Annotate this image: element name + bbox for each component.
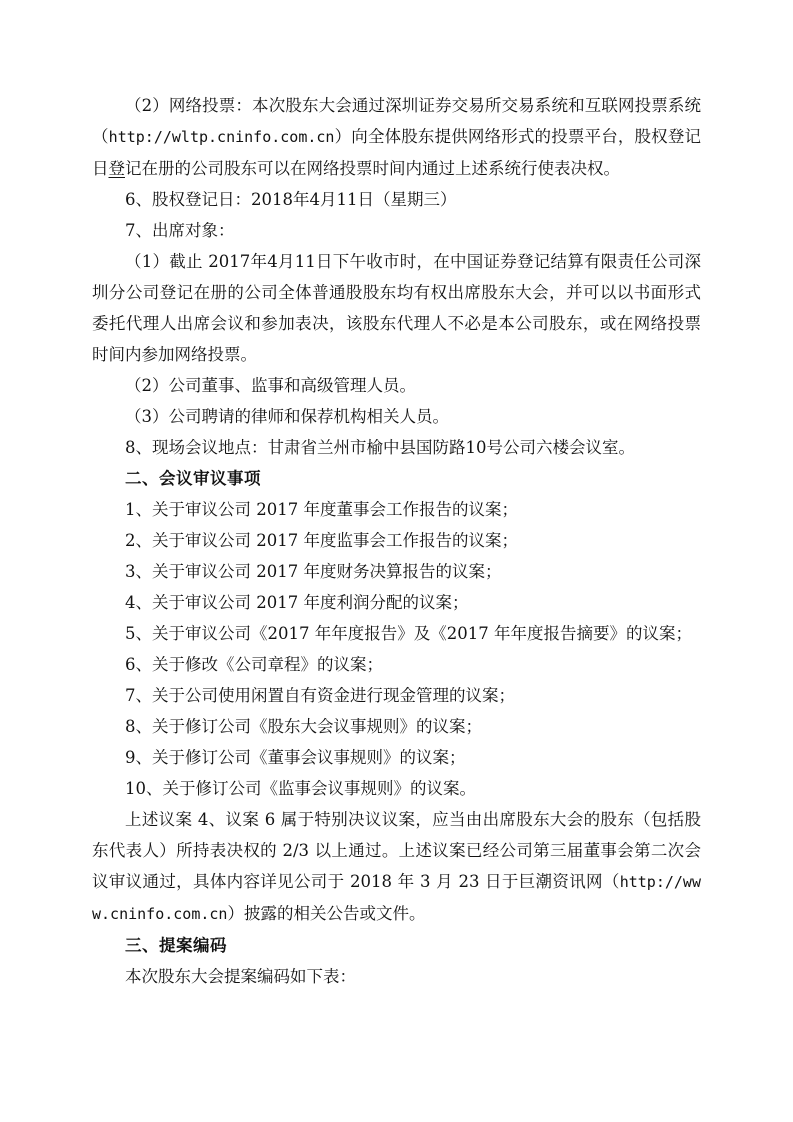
section-heading-review-matters: 二、会议审议事项	[92, 463, 701, 494]
paragraph-attendee-scope-3: （3）公司聘请的律师和保荐机构相关人员。	[92, 401, 701, 432]
document-page: （2）网络投票：本次股东大会通过深圳证券交易所交易系统和互联网投票系统（http…	[0, 0, 793, 1122]
agenda-item-3: 3、关于审议公司 2017 年度财务决算报告的议案；	[92, 556, 701, 587]
paragraph-attendee-scope-1: （1）截止 2017年4月11日下午收市时，在中国证券登记结算有限责任公司深圳分…	[92, 246, 701, 370]
paragraph-attendee-scope-2: （2）公司董事、监事和高级管理人员。	[92, 370, 701, 401]
agenda-item-5: 5、关于审议公司《2017 年年度报告》及《2017 年年度报告摘要》的议案；	[92, 618, 701, 649]
paragraph-proposal-codes-intro: 本次股东大会提案编码如下表：	[92, 961, 701, 992]
special-resolution-text-1: 上述议案 4、议案 6 属于特别决议议案，应当由出席股东大会的股东（包括股东代表…	[92, 810, 701, 891]
paragraph-meeting-venue: 8、现场会议地点：甘肃省兰州市榆中县国防路10号公司六楼会议室。	[92, 432, 701, 463]
section-heading-proposal-codes: 三、提案编码	[92, 930, 701, 961]
agenda-item-8: 8、关于修订公司《股东大会议事规则》的议案；	[92, 711, 701, 742]
paragraph-network-voting: （2）网络投票：本次股东大会通过深圳证券交易所交易系统和互联网投票系统（http…	[92, 90, 701, 184]
agenda-item-1: 1、关于审议公司 2017 年度董事会工作报告的议案；	[92, 494, 701, 525]
special-resolution-text-2: ）披露的相关公告或文件。	[227, 904, 425, 923]
agenda-item-6: 6、关于修改《公司章程》的议案；	[92, 649, 701, 680]
paragraph-record-date: 6、股权登记日：2018年4月11日（星期三）	[92, 184, 701, 215]
paragraph-special-resolution: 上述议案 4、议案 6 属于特别决议议案，应当由出席股东大会的股东（包括股东代表…	[92, 804, 701, 930]
network-voting-text-3: 记在册的公司股东可以在网络投票时间内通过上述系统行使表决权。	[125, 159, 620, 178]
paragraph-attendees-heading: 7、出席对象：	[92, 215, 701, 246]
agenda-item-10: 10、关于修订公司《监事会议事规则》的议案。	[92, 773, 701, 804]
agenda-item-2: 2、关于审议公司 2017 年度监事会工作报告的议案；	[92, 525, 701, 556]
agenda-item-4: 4、关于审议公司 2017 年度利润分配的议案；	[92, 587, 701, 618]
agenda-item-9: 9、关于修订公司《董事会议事规则》的议案；	[92, 742, 701, 773]
network-voting-url: http://wltp.cninfo.com.cn	[109, 128, 335, 146]
agenda-item-7: 7、关于公司使用闲置自有资金进行现金管理的议案；	[92, 680, 701, 711]
network-voting-underlined-char: 登	[109, 159, 126, 178]
